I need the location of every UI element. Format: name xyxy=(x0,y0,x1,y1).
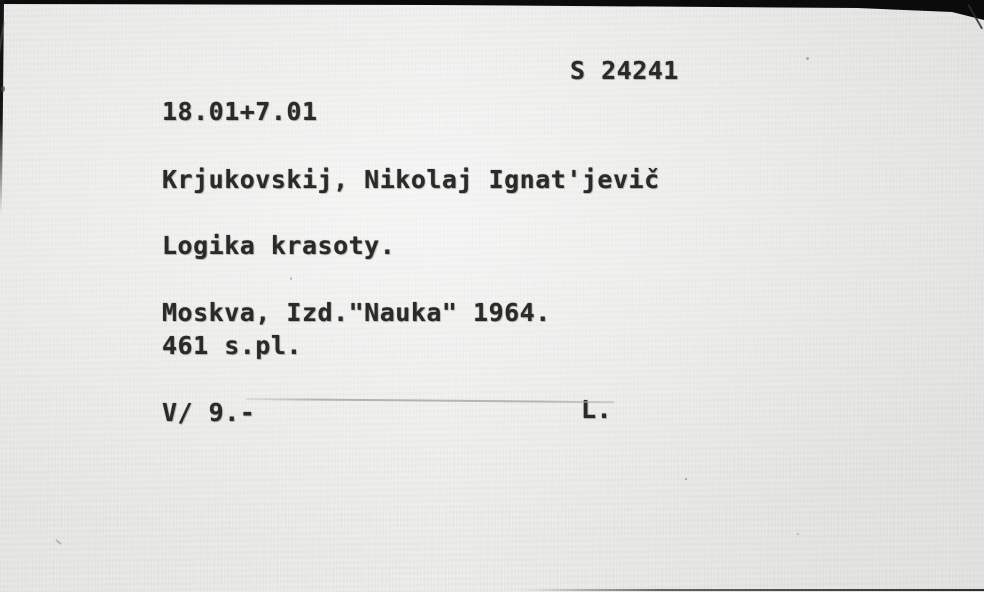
paper-speck xyxy=(806,57,809,60)
paper-speck xyxy=(1,86,5,92)
card-paper xyxy=(0,0,984,592)
title-line: Logika krasoty. xyxy=(162,233,395,258)
paper-speck xyxy=(290,277,292,280)
price-note: V/ 9.- xyxy=(162,400,255,425)
classification-number: 18.01+7.01 xyxy=(162,99,318,124)
paper-speck xyxy=(685,478,687,480)
call-number: S 24241 xyxy=(570,58,679,83)
catalog-card-scan: S 24241 18.01+7.01 Krjukovskij, Nikolaj … xyxy=(0,0,984,592)
imprint-line: Moskva, Izd."Nauka" 1964. xyxy=(162,300,551,325)
scan-edge-bottom-right xyxy=(525,589,984,591)
author-heading: Krjukovskij, Nikolaj Ignat'jevič xyxy=(162,167,660,192)
collation-line: 461 s.pl. xyxy=(162,333,302,358)
paper-speck xyxy=(797,533,799,535)
